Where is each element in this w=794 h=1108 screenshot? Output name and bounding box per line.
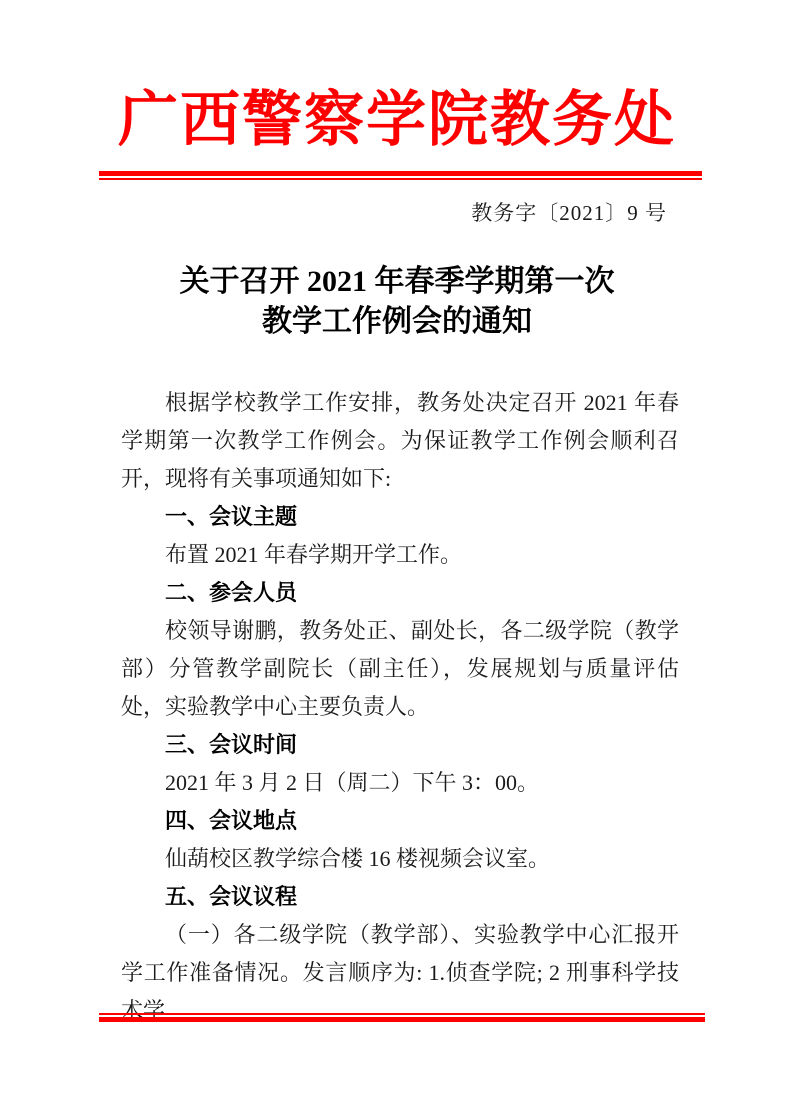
document-title-line1: 关于召开 2021 年春季学期第一次: [0, 262, 794, 302]
section-content-3: 2021 年 3 月 2 日（周二）下午 3：00。: [121, 764, 679, 802]
document-title-line2: 教学工作例会的通知: [0, 302, 794, 342]
section-heading-5: 五、会议议程: [121, 878, 679, 916]
section-content-2: 校领导谢鹏，教务处正、副处长，各二级学院（教学部）分管教学副院长（副主任），发展…: [121, 612, 679, 726]
document-number: 教务字〔2021〕9 号: [0, 199, 667, 227]
section-heading-3: 三、会议时间: [121, 726, 679, 764]
section-heading-2: 二、参会人员: [121, 574, 679, 612]
section-content-4: 仙葫校区教学综合楼 16 楼视频会议室。: [121, 840, 679, 878]
intro-paragraph: 根据学校教学工作安排，教务处决定召开 2021 年春学期第一次教学工作例会。为保…: [121, 384, 679, 498]
document-body: 根据学校教学工作安排，教务处决定召开 2021 年春学期第一次教学工作例会。为保…: [121, 384, 679, 1030]
section-heading-1: 一、会议主题: [121, 498, 679, 536]
document-title: 关于召开 2021 年春季学期第一次 教学工作例会的通知: [0, 262, 794, 342]
header-double-rule: [99, 171, 702, 180]
footer-double-rule: [99, 1013, 705, 1022]
masthead-title: 广西警察学院教务处: [0, 84, 794, 156]
section-heading-4: 四、会议地点: [121, 802, 679, 840]
section-content-1: 布置 2021 年春学期开学工作。: [121, 536, 679, 574]
document-page: 广西警察学院教务处 教务字〔2021〕9 号 关于召开 2021 年春季学期第一…: [0, 0, 794, 1108]
